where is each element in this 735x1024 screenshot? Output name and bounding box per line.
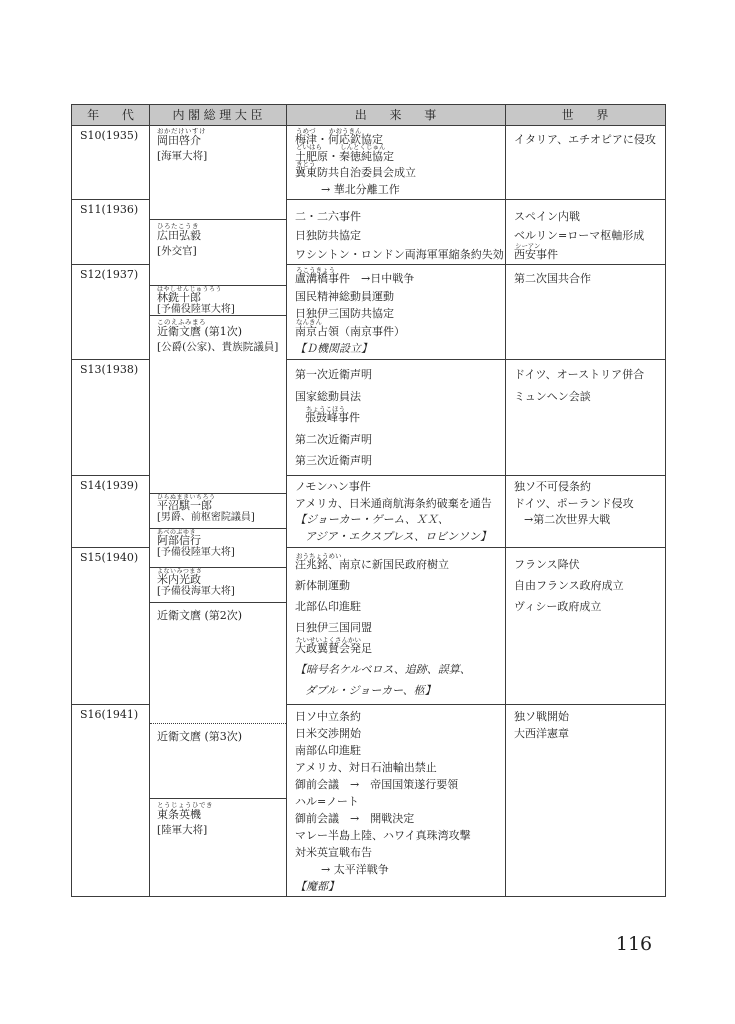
world-line: イタリア、エチオピアに侵攻 — [514, 132, 665, 149]
event-line: 第三次近衛声明 — [295, 450, 505, 472]
world-cell: スペイン内戦ベルリン=ローマ枢軸形成シーアン西安事件 — [506, 199, 665, 264]
world-line: ドイツ、ポーランド侵攻 — [514, 496, 665, 513]
header-cell-events: 出 来 事 — [286, 105, 505, 125]
world-cell: ドイツ、オーストリア併合ミュンヘン会談 — [506, 359, 665, 475]
world-line: 独ソ戦開始 — [514, 708, 665, 725]
text-segment: しんとくじゅん秦徳純 — [339, 150, 372, 163]
world-line: 第二次国共合作 — [514, 270, 665, 288]
events-cell: 二・二六事件日独防共協定ワシントン・ロンドン両海軍軍縮条約失効 — [287, 199, 505, 264]
pm-cell: このえふみまろ近衛文麿 (第1次)[公爵(公家)、貴族院議員] — [150, 316, 286, 494]
events-cell: うめづ梅津・かおうきん何応欽協定どいはら土肥原・しんとくじゅん秦徳純協定きとう冀… — [287, 125, 505, 199]
header-cell-pm: 内閣総理大臣 — [149, 105, 286, 125]
text-segment: 、南京に新国民政府樹立 — [328, 558, 449, 571]
event-line: 日独伊三国防共協定 — [295, 305, 505, 323]
timeline-table: 年 代内閣総理大臣出 来 事世 界S10(1935)うめづ梅津・かおうきん何応欽… — [71, 104, 666, 897]
event-line: 国家総動員法 — [295, 386, 505, 408]
text-segment: 二・二六事件 — [295, 210, 361, 223]
text-segment: ダブル・ジョーカー、柩】 — [305, 684, 436, 697]
world-cell: イタリア、エチオピアに侵攻 — [506, 125, 665, 199]
text-segment: アジア・エクスプレス、ロビンソン】 — [305, 530, 491, 543]
world-cell: 独ソ戦開始大西洋憲章 — [506, 704, 665, 896]
text-segment: ちょうこほう張鼓峰 — [305, 411, 338, 424]
event-line: ハル=ノート — [295, 793, 505, 810]
year-cell: S16(1941) — [72, 704, 149, 896]
event-line: うめづ梅津・かおうきん何応欽協定 — [295, 132, 505, 149]
pm-name: 広田弘毅 — [157, 229, 283, 243]
event-line: 国民精神総動員運動 — [295, 288, 505, 306]
pm-title-note: [予備役陸軍大将] — [157, 304, 283, 315]
text-segment: アメリカ、日米通商航海条約破棄を通告 — [295, 497, 492, 510]
text-segment: → 華北分離工作 — [321, 183, 400, 196]
event-line: 第一次近衛声明 — [295, 364, 505, 386]
event-line: 新体制運動 — [295, 575, 505, 596]
header-cell-year: 年 代 — [72, 105, 149, 125]
text-segment: 事件 →日中戦争 — [328, 272, 414, 285]
text-segment: おうちょうめい汪兆銘 — [295, 558, 328, 571]
world-cell: 独ソ不可侵条約ドイツ、ポーランド侵攻→第二次世界大戦 — [506, 475, 665, 547]
event-line: きとう冀東防共自治委員会成立 — [295, 165, 505, 182]
text-segment: 日独防共協定 — [295, 229, 361, 242]
event-line: 南部仏印進駐 — [295, 742, 505, 759]
text-segment: → 太平洋戦争 — [321, 863, 389, 876]
furigana: うめづ — [296, 128, 316, 134]
events-cell: 第一次近衛声明国家総動員法ちょうこほう張鼓峰事件第二次近衛声明第三次近衛声明 — [287, 359, 505, 475]
text-segment: 対米英宣戦布告 — [295, 846, 372, 859]
pm-name: 平沼騏一郎 — [157, 500, 283, 512]
event-line: ノモンハン事件 — [295, 479, 505, 496]
furigana: きとう — [296, 161, 316, 167]
events-cell: 日ソ中立条約日米交渉開始南部仏印進駐アメリカ、対日石油輸出禁止御前会議 → 帝国… — [287, 704, 505, 896]
events-cell: ノモンハン事件アメリカ、日米通商航海条約破棄を通告【ジョーカー・ゲーム、ＸＸ、ア… — [287, 475, 505, 547]
pm-title-note: [予備役陸軍大将] — [157, 547, 283, 558]
world-line: 独ソ不可侵条約 — [514, 479, 665, 496]
pm-cell: ひろたこうき広田弘毅[外交官] — [150, 220, 286, 286]
pm-name: 近衛文麿 (第2次) — [157, 609, 283, 623]
page-number: 116 — [598, 932, 670, 956]
text-segment: 第一次近衛声明 — [295, 368, 372, 381]
event-line: 二・二六事件 — [295, 207, 505, 226]
world-line: スペイン内戦 — [514, 207, 665, 226]
pm-cell: 近衛文麿 (第2次) — [150, 603, 286, 724]
text-segment: ドイツ、オーストリア併合 — [514, 368, 644, 381]
text-segment: 防共自治委員会成立 — [317, 166, 416, 179]
pm-title-note: [外交官] — [157, 245, 283, 259]
text-segment: 北部仏印進駐 — [295, 600, 361, 613]
pm-name: 岡田啓介 — [157, 134, 283, 148]
text-segment: 【暗号名ケルベロス、追跡、誤算、 — [295, 663, 471, 676]
year-cell: S12(1937) — [72, 264, 149, 359]
text-segment: ・ — [328, 150, 339, 163]
event-line: 北部仏印進駐 — [295, 596, 505, 617]
pm-name: 東条英機 — [157, 808, 283, 822]
world-cell: 第二次国共合作 — [506, 264, 665, 359]
text-segment: 第二次近衛声明 — [295, 433, 372, 446]
text-segment: 【Ｄ機関設立】 — [295, 342, 372, 355]
event-line: 第二次近衛声明 — [295, 429, 505, 451]
text-segment: →第二次世界大戦 — [524, 513, 610, 526]
pm-cell: あべのぶゆき阿部信行[予備役陸軍大将] — [150, 529, 286, 568]
event-line: おうちょうめい汪兆銘、南京に新国民政府樹立 — [295, 554, 505, 575]
furigana: どいはら — [296, 144, 322, 150]
text-segment: シーアン西安 — [514, 248, 536, 261]
text-segment: 独ソ戦開始 — [514, 710, 569, 723]
furigana: かおうきん — [329, 128, 362, 134]
world-line: ドイツ、オーストリア併合 — [514, 364, 665, 386]
event-line: ちょうこほう張鼓峰事件 — [295, 407, 505, 429]
text-segment: 自由フランス政府成立 — [514, 579, 624, 592]
text-segment: 御前会議 → 開戦決定 — [295, 812, 414, 825]
world-line: ミュンヘン会談 — [514, 386, 665, 408]
text-segment: 【ジョーカー・ゲーム、ＸＸ、 — [295, 513, 449, 526]
text-segment: スペイン内戦 — [514, 210, 580, 223]
text-segment: 日ソ中立条約 — [295, 710, 361, 723]
pm-cell: よないみつまさ米内光政[予備役海軍大将] — [150, 568, 286, 603]
world-line: 自由フランス政府成立 — [514, 575, 665, 596]
pm-title-note: [予備役海軍大将] — [157, 586, 283, 597]
year-cell: S11(1936) — [72, 199, 149, 264]
text-segment: 独ソ不可侵条約 — [514, 480, 591, 493]
text-segment: ハル=ノート — [295, 795, 359, 808]
event-line: ワシントン・ロンドン両海軍軍縮条約失効 — [295, 245, 505, 264]
text-segment: 大西洋憲章 — [514, 727, 569, 740]
text-segment: 新体制運動 — [295, 579, 350, 592]
text-segment: マレー半島上陸、ハワイ真珠湾攻撃 — [295, 829, 471, 842]
event-line: 【暗号名ケルベロス、追跡、誤算、 — [295, 659, 505, 680]
event-line: ダブル・ジョーカー、柩】 — [295, 680, 505, 701]
pm-name: 米内光政 — [157, 574, 283, 586]
pm-name: 阿部信行 — [157, 535, 283, 547]
pm-cell: とうじょうひでき東条英機[陸軍大将] — [150, 799, 286, 896]
world-line: ヴィシー政府成立 — [514, 596, 665, 617]
text-segment: フランス降伏 — [514, 558, 580, 571]
text-segment: 協定 — [372, 150, 394, 163]
text-segment: 国家総動員法 — [295, 390, 361, 403]
events-cell: ろこうきょう盧溝橋事件 →日中戦争国民精神総動員運動日独伊三国防共協定なんきん南… — [287, 264, 505, 359]
event-line: → 太平洋戦争 — [295, 861, 505, 878]
pm-title-note: [陸軍大将] — [157, 824, 283, 838]
year-cell: S13(1938) — [72, 359, 149, 475]
text-segment: なんきん南京 — [295, 325, 317, 338]
world-line: シーアン西安事件 — [514, 245, 665, 264]
text-segment: ろこうきょう盧溝橋 — [295, 272, 328, 285]
text-segment: 南部仏印進駐 — [295, 744, 361, 757]
text-segment: 御前会議 → 帝国国策遂行要領 — [295, 778, 458, 791]
event-line: → 華北分離工作 — [295, 182, 505, 199]
text-segment: イタリア、エチオピアに侵攻 — [514, 133, 656, 146]
events-cell: おうちょうめい汪兆銘、南京に新国民政府樹立新体制運動北部仏印進駐日独伊三国同盟た… — [287, 547, 505, 704]
event-line: 日独伊三国同盟 — [295, 617, 505, 638]
text-segment: たいせいよくさんかい大政翼賛会 — [295, 642, 350, 655]
text-segment: 国民精神総動員運動 — [295, 290, 394, 303]
event-line: 【Ｄ機関設立】 — [295, 340, 505, 358]
text-segment: 事件 — [536, 248, 558, 261]
pm-name: 林銑十郎 — [157, 292, 283, 304]
text-segment: 日米交渉開始 — [295, 727, 361, 740]
event-line: マレー半島上陸、ハワイ真珠湾攻撃 — [295, 827, 505, 844]
event-line: 【魔都】 — [295, 878, 505, 895]
event-line: ろこうきょう盧溝橋事件 →日中戦争 — [295, 270, 505, 288]
world-cell: フランス降伏自由フランス政府成立ヴィシー政府成立 — [506, 547, 665, 704]
event-line: たいせいよくさんかい大政翼賛会発足 — [295, 638, 505, 659]
text-segment: アメリカ、対日石油輸出禁止 — [295, 761, 437, 774]
pm-title-note: [男爵、前枢密院議員] — [157, 512, 283, 523]
pm-name: 近衛文麿 (第1次) — [157, 325, 283, 339]
world-line: →第二次世界大戦 — [514, 512, 665, 529]
event-line: 対米英宣戦布告 — [295, 844, 505, 861]
text-segment: ドイツ、ポーランド侵攻 — [514, 497, 634, 510]
event-line: 御前会議 → 帝国国策遂行要領 — [295, 776, 505, 793]
text-segment: 【魔都】 — [295, 880, 339, 893]
pm-cell: おかだけいすけ岡田啓介[海軍大将] — [150, 125, 286, 220]
event-line: アメリカ、対日石油輸出禁止 — [295, 759, 505, 776]
text-segment: 占領（南京事件） — [317, 325, 405, 338]
text-segment: ノモンハン事件 — [295, 480, 371, 493]
text-segment: きとう冀東 — [295, 166, 317, 179]
event-line: 御前会議 → 開戦決定 — [295, 810, 505, 827]
event-line: アジア・エクスプレス、ロビンソン】 — [295, 529, 505, 546]
year-cell: S14(1939) — [72, 475, 149, 547]
header-cell-world: 世 界 — [505, 105, 665, 125]
text-segment: 日独伊三国同盟 — [295, 621, 372, 634]
year-cell: S10(1935) — [72, 125, 149, 199]
text-segment: ワシントン・ロンドン両海軍軍縮条約失効 — [295, 248, 504, 261]
event-line: 日ソ中立条約 — [295, 708, 505, 725]
text-segment: 事件 — [338, 411, 360, 424]
world-line: 大西洋憲章 — [514, 725, 665, 742]
event-line: アメリカ、日米通商航海条約破棄を通告 — [295, 496, 505, 513]
event-line: どいはら土肥原・しんとくじゅん秦徳純協定 — [295, 149, 505, 166]
text-segment: ベルリン=ローマ枢軸形成 — [514, 229, 644, 242]
event-line: 日独防共協定 — [295, 226, 505, 245]
document-page: 年 代内閣総理大臣出 来 事世 界S10(1935)うめづ梅津・かおうきん何応欽… — [0, 0, 735, 1024]
pm-cell: ひらぬまきいちろう平沼騏一郎[男爵、前枢密院議員] — [150, 494, 286, 529]
text-segment: 第三次近衛声明 — [295, 454, 372, 467]
pm-title-note: [海軍大将] — [157, 150, 283, 164]
year-cell: S15(1940) — [72, 547, 149, 704]
text-segment: ヴィシー政府成立 — [514, 600, 601, 613]
event-line: なんきん南京占領（南京事件） — [295, 323, 505, 341]
pm-name: 近衛文麿 (第3次) — [157, 730, 283, 744]
event-line: 日米交渉開始 — [295, 725, 505, 742]
text-segment: 発足 — [350, 642, 372, 655]
text-segment: ミュンヘン会談 — [514, 390, 591, 403]
world-line: フランス降伏 — [514, 554, 665, 575]
pm-cell: 近衛文麿 (第3次) — [150, 724, 286, 799]
pm-title-note: [公爵(公家)、貴族院議員] — [157, 341, 283, 355]
text-segment: 第二次国共合作 — [514, 272, 591, 285]
pm-cell: はやしせんじゅうろう林銑十郎[予備役陸軍大将] — [150, 286, 286, 316]
event-line: 【ジョーカー・ゲーム、ＸＸ、 — [295, 512, 505, 529]
